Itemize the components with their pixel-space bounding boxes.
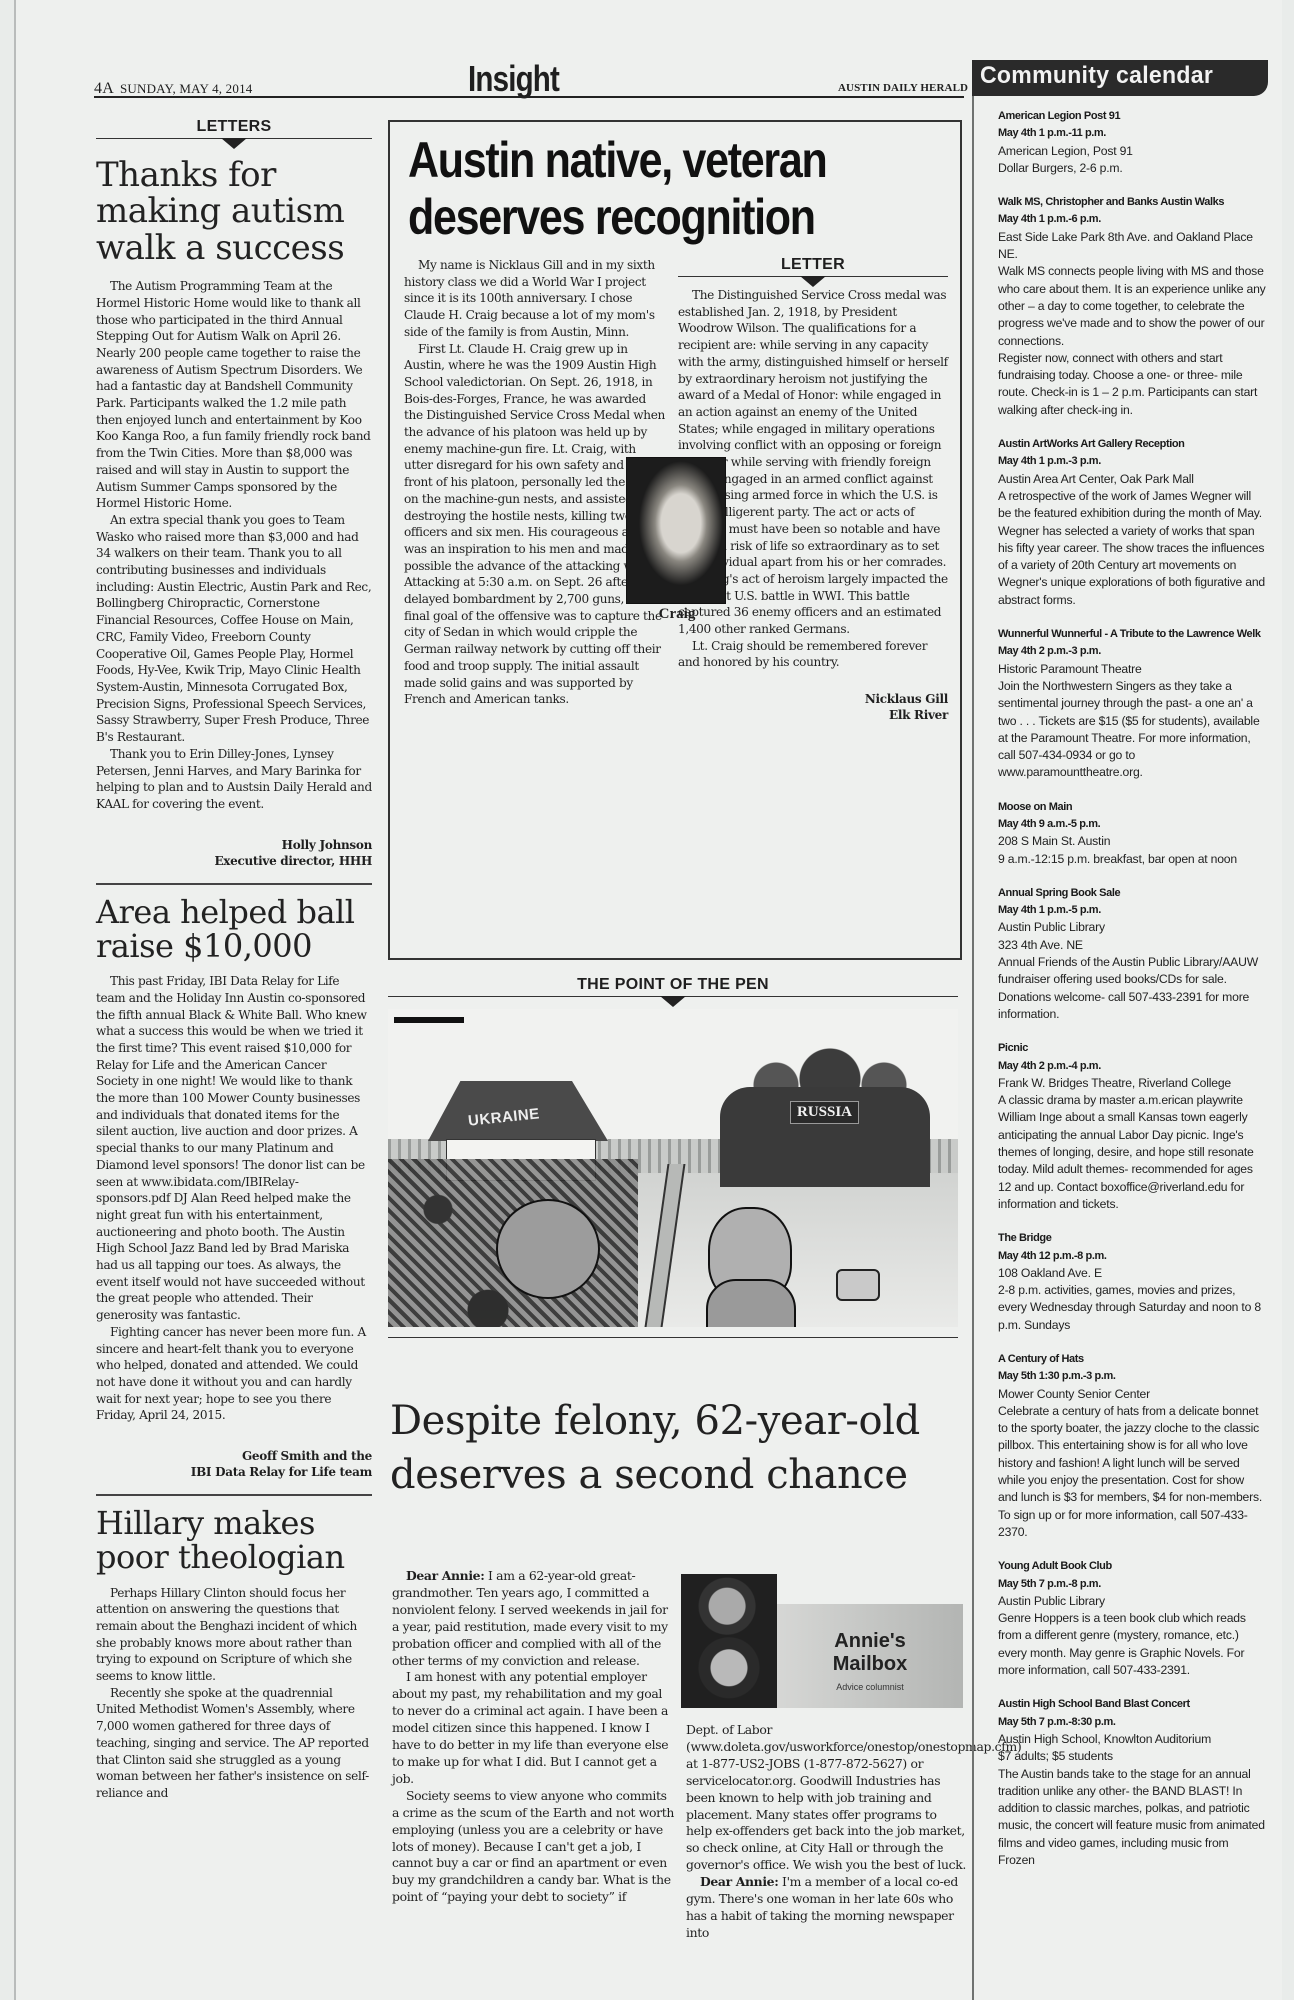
divider [96, 1494, 372, 1496]
banner-title-line: Annie's [777, 1630, 963, 1653]
feature-headline: Austin native, veteran deserves recognit… [408, 132, 872, 246]
letter-headline: Hillary makes poor theologian [96, 1506, 372, 1574]
paragraph: Fighting cancer has never been more fun.… [96, 1324, 372, 1424]
feature-letter-box: Austin native, veteran deserves recognit… [388, 120, 962, 960]
signature-name: Geoff Smith and the [96, 1448, 372, 1464]
paragraph: The Autism Programming Team at the Horme… [96, 278, 372, 512]
letter-signature: Geoff Smith and the IBI Data Relay for L… [96, 1448, 372, 1480]
letter-kicker: LETTER [678, 256, 948, 274]
advice-headline: Despite felony, 62-year-old deserves a s… [390, 1394, 960, 1502]
paragraph: Perhaps Hillary Clinton should focus her… [96, 1585, 372, 1685]
event-title: Walk MS, Christopher and Banks Austin Wa… [998, 194, 1266, 211]
letter-body: Perhaps Hillary Clinton should focus her… [96, 1585, 372, 1802]
event-detail: A retrospective of the work of James Weg… [998, 488, 1266, 609]
event-detail: 108 Oakland Ave. E [998, 1265, 1266, 1282]
community-calendar: Community calendar American Legion Post … [972, 60, 1268, 2000]
calendar-event: Austin High School Band Blast ConcertMay… [998, 1696, 1266, 1869]
russia-label: RUSSIA [790, 1101, 859, 1124]
paragraph: Society seems to view anyone who commits… [392, 1788, 676, 1906]
event-detail: Dollar Burgers, 2-6 p.m. [998, 160, 1266, 177]
event-title: Picnic [998, 1040, 1266, 1057]
event-detail: A classic drama by master a.m.erican pla… [998, 1092, 1266, 1213]
signature-name: Nicklaus Gill [678, 691, 948, 707]
signature-location: Elk River [678, 707, 948, 723]
cartoonist-signature [394, 1017, 464, 1023]
feature-signature: Nicklaus Gill Elk River [678, 691, 948, 723]
calendar-event: PicnicMay 4th 2 p.m.-4 p.m.Frank W. Brid… [998, 1040, 1266, 1213]
event-detail: East Side Lake Park 8th Ave. and Oakland… [998, 229, 1266, 264]
letter-headline: Area helped ball raise $10,000 [96, 895, 372, 963]
event-detail: Celebrate a century of hats from a delic… [998, 1403, 1266, 1541]
event-time: May 4th 1 p.m.-3 p.m. [998, 453, 1266, 470]
section-title: Insight [468, 58, 559, 100]
calendar-event-list: American Legion Post 91May 4th 1 p.m.-11… [998, 108, 1266, 1886]
event-time: May 4th 9 a.m.-5 p.m. [998, 816, 1266, 833]
event-detail: Genre Hoppers is a teen book club which … [998, 1610, 1266, 1679]
event-detail: Mower County Senior Center [998, 1386, 1266, 1403]
signature-title: Executive director, HHH [96, 853, 372, 869]
paragraph: I am honest with any potential employer … [392, 1669, 676, 1787]
salutation: Dear Annie: [406, 1568, 484, 1583]
craig-portrait-photo [626, 457, 726, 604]
event-detail: 208 S Main St. Austin [998, 833, 1266, 850]
letter-body: The Autism Programming Team at the Horme… [96, 278, 372, 813]
event-detail: Austin High School, Knowlton Auditorium [998, 1731, 1266, 1748]
event-title: Annual Spring Book Sale [998, 885, 1266, 902]
letter-autism-walk: Thanks for making autism walk a success … [96, 157, 372, 869]
event-detail: Austin Public Library [998, 1593, 1266, 1610]
calendar-event: Austin ArtWorks Art Gallery ReceptionMay… [998, 436, 1266, 609]
newspaper-page: 4ASUNDAY, MAY 4, 2014 Insight AUSTIN DAI… [14, 0, 1282, 2000]
letter-hillary: Hillary makes poor theologian Perhaps Hi… [96, 1506, 372, 1802]
paragraph: Lt. Craig should be remembered forever a… [678, 638, 948, 671]
letter-headline: Thanks for making autism walk a success [96, 157, 372, 266]
event-detail: Walk MS connects people living with MS a… [998, 263, 1266, 349]
columnists-photo [681, 1574, 777, 1708]
event-title: The Bridge [998, 1230, 1266, 1247]
letters-kicker: LETTERS [96, 118, 372, 136]
event-title: Austin High School Band Blast Concert [998, 1696, 1266, 1713]
banner-title-line: Mailbox [777, 1653, 963, 1676]
paragraph: My name is Nicklaus Gill and in my sixth… [404, 257, 666, 341]
event-time: May 5th 7 p.m.-8 p.m. [998, 1576, 1266, 1593]
banner-subtitle: Advice columnist [777, 1682, 963, 1692]
event-detail: Austin Area Art Center, Oak Park Mall [998, 471, 1266, 488]
event-time: May 4th 1 p.m.-6 p.m. [998, 211, 1266, 228]
letter-body: This past Friday, IBI Data Relay for Lif… [96, 973, 372, 1424]
event-detail: Register now, connect with others and st… [998, 350, 1266, 419]
putin-body [706, 1279, 796, 1327]
event-title: Wunnerful Wunnerful - A Tribute to the L… [998, 626, 1266, 643]
salutation: Dear Annie: [700, 1874, 778, 1889]
event-detail: Austin Public Library [998, 919, 1266, 936]
page-number: 4A [94, 80, 114, 97]
event-detail: 2-8 p.m. activities, games, movies and p… [998, 1282, 1266, 1334]
paragraph: An extra special thank you goes to Team … [96, 512, 372, 746]
event-detail: American Legion, Post 91 [998, 143, 1266, 160]
paper-name: AUSTIN DAILY HERALD [838, 82, 968, 94]
editorial-cartoon-image: UKRAINE RUSSIA [388, 1009, 958, 1327]
kicker-arrow [388, 996, 958, 997]
event-time: May 4th 1 p.m.-11 p.m. [998, 125, 1266, 142]
kicker-arrow [96, 138, 372, 139]
event-detail: The Austin bands take to the stage for a… [998, 1766, 1266, 1870]
letters-column: LETTERS Thanks for making autism walk a … [96, 118, 372, 1802]
calendar-event: Walk MS, Christopher and Banks Austin Wa… [998, 194, 1266, 419]
ukraine-figure [496, 1199, 600, 1299]
event-title: American Legion Post 91 [998, 108, 1266, 125]
russia-house-illustration: RUSSIA [720, 1037, 930, 1187]
banner-box: Annie's Mailbox Advice columnist [777, 1604, 963, 1708]
editorial-cartoon-section: THE POINT OF THE PEN UKRAINE RUSSIA [388, 976, 958, 1338]
calendar-event: Young Adult Book ClubMay 5th 7 p.m.-8 p.… [998, 1558, 1266, 1679]
photo-caption: Craig [630, 606, 724, 623]
calendar-event: Moose on MainMay 4th 9 a.m.-5 p.m.208 S … [998, 799, 1266, 868]
event-detail: 323 4th Ave. NE [998, 937, 1266, 954]
divider [96, 883, 372, 885]
divider [388, 1337, 958, 1338]
event-title: Moose on Main [998, 799, 1266, 816]
event-title: A Century of Hats [998, 1351, 1266, 1368]
event-time: May 5th 1:30 p.m.-3 p.m. [998, 1368, 1266, 1385]
event-time: May 4th 1 p.m.-5 p.m. [998, 902, 1266, 919]
advice-column-2: Dept. of Labor (www.doleta.gov/usworkfor… [686, 1722, 966, 1942]
event-time: May 4th 2 p.m.-3 p.m. [998, 643, 1266, 660]
calendar-event: Wunnerful Wunnerful - A Tribute to the L… [998, 626, 1266, 782]
event-title: Young Adult Book Club [998, 1558, 1266, 1575]
event-title: Austin ArtWorks Art Gallery Reception [998, 436, 1266, 453]
event-detail: 9 a.m.-12:15 p.m. breakfast, bar open at… [998, 851, 1266, 868]
event-time: May 4th 2 p.m.-4 p.m. [998, 1058, 1266, 1075]
kicker-arrow [678, 276, 948, 277]
banner-title: Annie's Mailbox [777, 1630, 963, 1676]
letter-signature: Holly Johnson Executive director, HHH [96, 837, 372, 869]
calendar-event: The BridgeMay 4th 12 p.m.-8 p.m.108 Oakl… [998, 1230, 1266, 1334]
annies-mailbox-banner: Annie's Mailbox Advice columnist [681, 1574, 963, 1714]
signature-name: Holly Johnson [96, 837, 372, 853]
paragraph: Dept. of Labor (www.doleta.gov/usworkfor… [686, 1722, 966, 1874]
ukraine-house-illustration: UKRAINE [428, 1081, 608, 1171]
advice-column-1: Dear Annie: I am a 62-year-old great-gra… [392, 1568, 676, 1906]
calendar-event: A Century of HatsMay 5th 1:30 p.m.-3 p.m… [998, 1351, 1266, 1541]
event-detail: $7 adults; $5 students [998, 1748, 1266, 1765]
paragraph: Recently she spoke at the quadrennial Un… [96, 1685, 372, 1802]
masthead-rule [94, 96, 964, 98]
event-time: May 4th 12 p.m.-8 p.m. [998, 1248, 1266, 1265]
paragraph: This past Friday, IBI Data Relay for Lif… [96, 973, 372, 1324]
calendar-header: Community calendar [972, 60, 1268, 96]
event-detail: Historic Paramount Theatre [998, 661, 1266, 678]
cartoon-kicker: THE POINT OF THE PEN [388, 976, 958, 994]
signature-title: IBI Data Relay for Life team [96, 1464, 372, 1480]
event-detail: Annual Friends of the Austin Public Libr… [998, 954, 1266, 1023]
letter-ball: Area helped ball raise $10,000 This past… [96, 895, 372, 1480]
event-detail: Frank W. Bridges Theatre, Riverland Coll… [998, 1075, 1266, 1092]
calendar-event: American Legion Post 91May 4th 1 p.m.-11… [998, 108, 1266, 177]
issue-date: SUNDAY, MAY 4, 2014 [120, 81, 253, 96]
paragraph: Thank you to Erin Dilley-Jones, Lynsey P… [96, 746, 372, 813]
event-time: May 5th 7 p.m.-8:30 p.m. [998, 1714, 1266, 1731]
calendar-event: Annual Spring Book SaleMay 4th 1 p.m.-5 … [998, 885, 1266, 1023]
event-detail: Join the Northwestern Singers as they ta… [998, 678, 1266, 782]
calendar-title: Community calendar [980, 62, 1213, 90]
calendar-rule [972, 96, 974, 2000]
watering-can-icon [836, 1269, 880, 1301]
